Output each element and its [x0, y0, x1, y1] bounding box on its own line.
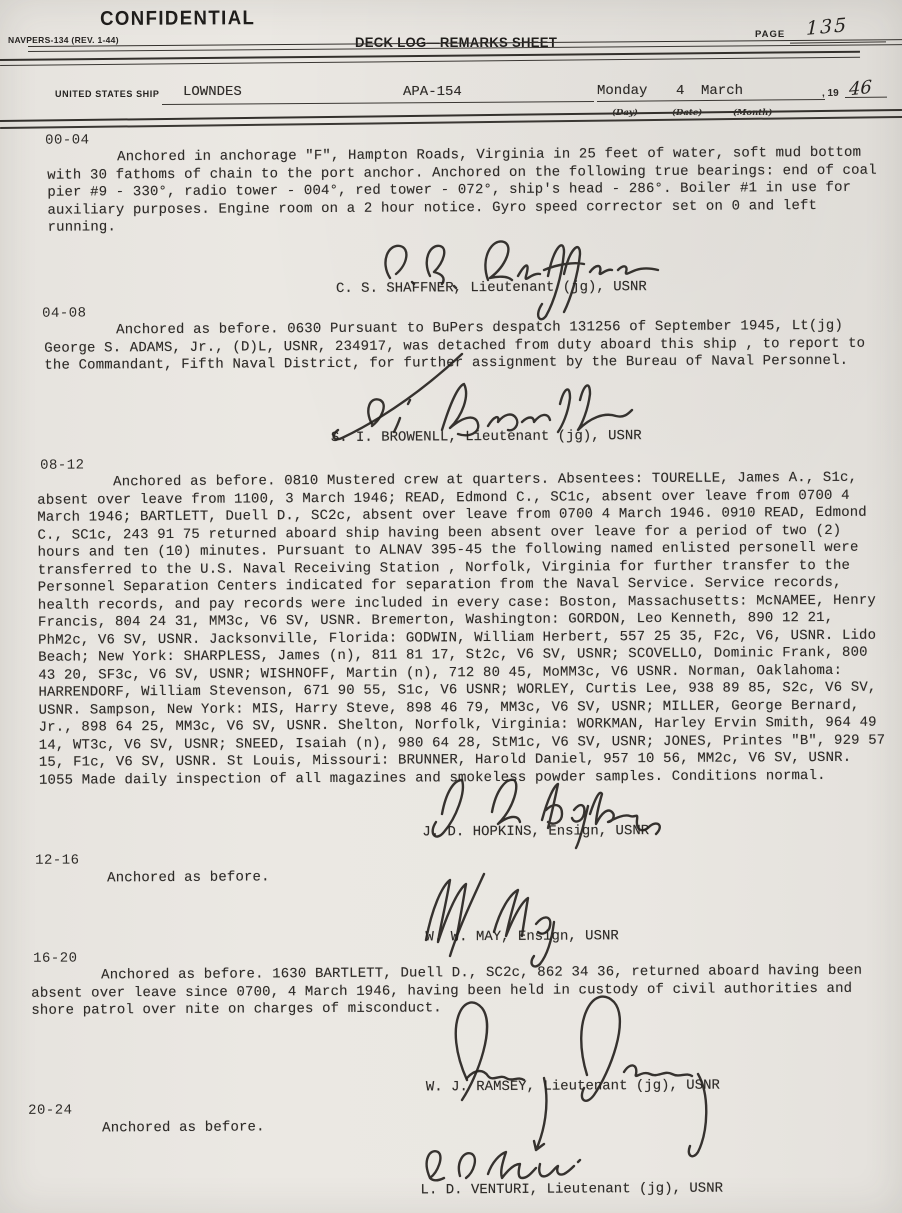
double-rule-heavy: [0, 51, 860, 66]
month-value: March: [701, 83, 743, 99]
page-number-label: PAGE: [755, 29, 785, 40]
shaffner-signature: [368, 232, 678, 322]
hopkins-signature: [408, 762, 688, 854]
deck-log-remarks-sheet: CONFIDENTIAL NAVPERS-134 (REV. 1-44) DEC…: [0, 0, 902, 1213]
may-signature: [398, 868, 598, 968]
page-number-handwritten: 135: [806, 14, 848, 40]
brownell-signature: [312, 352, 662, 447]
form-number: NAVPERS-134 (REV. 1-44): [8, 35, 119, 45]
ship-name-underline: [162, 101, 594, 105]
log-entry-0812: 08-12 Anchored as before. 0810 Mustered …: [0, 452, 902, 474]
ship-name: LOWNDES: [183, 84, 242, 100]
day-value: Monday: [597, 83, 647, 99]
date-value: 4: [676, 83, 684, 99]
classification-stamp: CONFIDENTIAL: [100, 7, 255, 31]
double-rule-header-bottom: [0, 109, 902, 129]
remarks-text: Anchored as before. 0810 Mustered crew a…: [37, 470, 891, 790]
united-states-ship-label: UNITED STATES SHIP: [55, 89, 159, 99]
year-prefix-label: , 19: [822, 88, 839, 99]
hull-number: APA-154: [403, 84, 462, 100]
log-entry-0004: 00-04 Anchored in anchorage "F", Hampton…: [0, 127, 902, 149]
year-underline: [845, 97, 887, 98]
venturi-signature: [408, 1142, 593, 1200]
remarks-text: Anchored in anchorage "F", Hampton Roads…: [47, 145, 893, 238]
date-underline: [597, 99, 825, 102]
